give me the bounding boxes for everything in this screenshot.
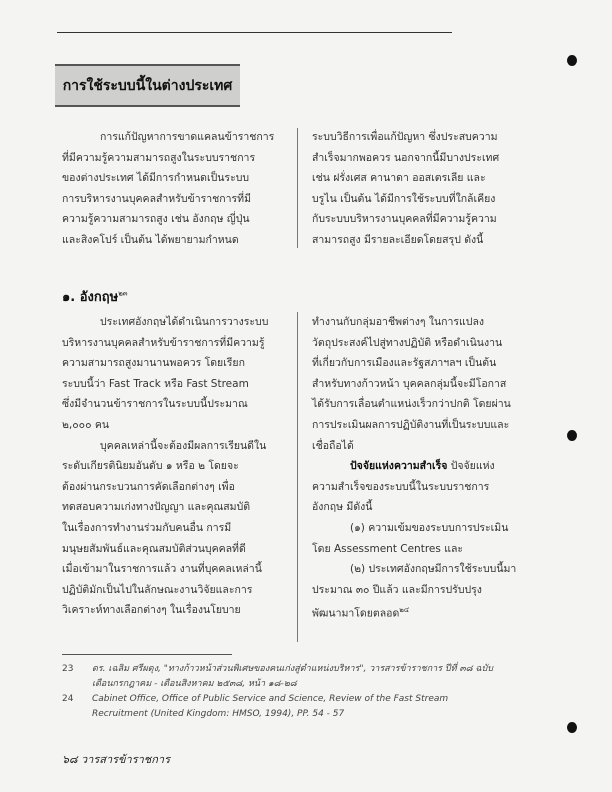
- text-line: ความสามารถสูงมานานพอควร โดยเรียก: [62, 353, 294, 374]
- text-line: การบริหารงานบุคคลสำหรับข้าราชการที่มี: [62, 189, 292, 210]
- text-line: ได้รับการเลื่อนตำแหน่งเร็วกว่าปกติ โดยผ่…: [312, 394, 572, 415]
- text-line: วิเคราะห์ทางเลือกต่างๆ ในเรื่องนโยบาย: [62, 600, 294, 621]
- text-line-with-footnote: พัฒนามาโดยตลอด๒๔: [312, 600, 572, 624]
- footnote-rule: [62, 654, 232, 655]
- text-line: ทำงานกับกลุ่มอาชีพต่างๆ ในการแปลง: [312, 312, 572, 333]
- footnotes: 23 ดร. เฉลิม ศรีผดุง, "ทางก้าวหน้าส่วนพิ…: [62, 662, 572, 722]
- section-left-column: ประเทศอังกฤษได้ดำเนินการวางระบบ บริหารงา…: [62, 312, 294, 621]
- text-line: ประมาณ ๓๐ ปีแล้ว และมีการปรับปรุง: [312, 580, 572, 601]
- text-line: ซึ่งมีจำนวนข้าราชการในระบบนี้ประมาณ: [62, 394, 294, 415]
- text-line: มนุษยสัมพันธ์และคุณสมบัติส่วนบุคคลที่ดี: [62, 539, 294, 560]
- footnote-ref: ๒๓: [118, 290, 127, 298]
- text-line: อังกฤษ มีดังนี้: [312, 497, 572, 518]
- page-footer: ๖๘ วารสารข้าราชการ: [62, 750, 170, 768]
- text-line: บริหารงานบุคคลสำหรับข้าราชการที่มีความรู…: [62, 333, 294, 354]
- text-line: ระบบนี้ว่า Fast Track หรือ Fast Stream: [62, 374, 294, 395]
- text-line: ความสำเร็จของระบบนี้ในระบบราชการ: [312, 477, 572, 498]
- text-line: สำหรับทางก้าวหน้า บุคคลกลุ่มนี้จะมีโอกาส: [312, 374, 572, 395]
- footnote-line: Recruitment (United Kingdom: HMSO, 1994)…: [92, 707, 448, 722]
- intro-right-column: ระบบวิธีการเพื่อแก้ปัญหา ซึ่งประสบความ ส…: [312, 127, 572, 251]
- footnote-line: Cabinet Office, Office of Public Service…: [92, 692, 448, 707]
- footnote-ref: ๒๔: [399, 606, 409, 614]
- text-line: และสิงคโปร์ เป็นต้น ได้พยายามกำหนด: [62, 230, 292, 251]
- section-right-column: ทำงานกับกลุ่มอาชีพต่างๆ ในการแปลง วัตถุป…: [312, 312, 572, 624]
- footnote-number: 24: [62, 692, 92, 722]
- text-line: ต้องผ่านกระบวนการคัดเลือกต่างๆ เพื่อ: [62, 477, 294, 498]
- text-fragment: ปัจจัยแห่ง: [447, 460, 494, 472]
- footnote-number: 23: [62, 662, 92, 692]
- binding-hole-icon: [567, 430, 577, 441]
- text-line: กับระบบบริหารงานบุคคลที่มีความรู้ความ: [312, 209, 572, 230]
- section-title-box: การใช้ระบบนี้ในต่างประเทศ: [55, 64, 240, 107]
- top-rule: [57, 32, 452, 33]
- text-line: ของต่างประเทศ ได้มีการกำหนดเป็นระบบ: [62, 168, 292, 189]
- intro-left-column: การแก้ปัญหาการขาดแคลนข้าราชการ ที่มีความ…: [62, 127, 292, 251]
- success-factors-line: ปัจจัยแห่งความสำเร็จ ปัจจัยแห่ง: [312, 456, 572, 477]
- text-line: ที่เกี่ยวกับการเมืองและรัฐสภาฯลฯ เป็นต้น: [312, 353, 572, 374]
- column-divider: [297, 128, 298, 248]
- text-line: วัตถุประสงค์ไปสู่ทางปฏิบัติ หรือดำเนินงา…: [312, 333, 572, 354]
- text-line: ทดสอบความเก่งทางปัญญา และคุณสมบัติ: [62, 497, 294, 518]
- page-title: การใช้ระบบนี้ในต่างประเทศ: [63, 75, 233, 97]
- text-line: ปฏิบัติมักเป็นไปในลักษณะงานวิจัยและการ: [62, 580, 294, 601]
- footnote-24: 24 Cabinet Office, Office of Public Serv…: [62, 692, 572, 722]
- column-divider: [297, 312, 298, 642]
- footnote-23: 23 ดร. เฉลิม ศรีผดุง, "ทางก้าวหน้าส่วนพิ…: [62, 662, 572, 692]
- text-line: การประเมินผลการปฏิบัติงานที่เป็นระบบและ: [312, 415, 572, 436]
- text-line: สามารถสูง มีรายละเอียดโดยสรุป ดังนี้: [312, 230, 572, 251]
- text-line: (๒) ประเทศอังกฤษมีการใช้ระบบนี้มา: [312, 559, 572, 580]
- footnote-line: เดือนกรกฎาคม - เดือนสิงหาคม ๒๕๓๘, หน้า ๑…: [92, 677, 493, 692]
- text-line: ในเรื่องการทำงานร่วมกับคนอื่น การมี: [62, 518, 294, 539]
- text-line: ความรู้ความสามารถสูง เช่น อังกฤษ ญี่ปุ่น: [62, 209, 292, 230]
- text-line: การแก้ปัญหาการขาดแคลนข้าราชการ: [62, 127, 292, 148]
- binding-hole-icon: [567, 55, 577, 66]
- text-fragment: พัฒนามาโดยตลอด: [312, 608, 399, 620]
- text-line: ๒,๐๐๐ คน: [62, 415, 294, 436]
- text-line: เช่น ฝรั่งเศส คานาดา ออสเตรเลีย และ: [312, 168, 572, 189]
- footnote-line: ดร. เฉลิม ศรีผดุง, "ทางก้าวหน้าส่วนพิเศษ…: [92, 662, 493, 677]
- text-line: ระบบวิธีการเพื่อแก้ปัญหา ซึ่งประสบความ: [312, 127, 572, 148]
- text-line: บรูไน เป็นต้น ได้มีการใช้ระบบที่ใกล้เคีย…: [312, 189, 572, 210]
- text-line: ระดับเกียรตินิยมอันดับ ๑ หรือ ๒ โดยจะ: [62, 456, 294, 477]
- section-heading: ๑. อังกฤษ๒๓: [62, 286, 128, 307]
- text-line: เมื่อเข้ามาในราชการแล้ว งานที่บุคคลเหล่า…: [62, 559, 294, 580]
- text-line: บุคคลเหล่านี้จะต้องมีผลการเรียนดีใน: [62, 436, 294, 457]
- text-line: ประเทศอังกฤษได้ดำเนินการวางระบบ: [62, 312, 294, 333]
- success-factors-heading: ปัจจัยแห่งความสำเร็จ: [350, 460, 447, 472]
- text-line: เชื่อถือได้: [312, 436, 572, 457]
- binding-hole-icon: [567, 722, 577, 733]
- text-line: โดย Assessment Centres และ: [312, 539, 572, 560]
- text-line: ที่มีความรู้ความสามารถสูงในระบบราชการ: [62, 148, 292, 169]
- text-line: (๑) ความเข้มของระบบการประเมิน: [312, 518, 572, 539]
- text-line: สำเร็จมากพอควร นอกจากนี้มีบางประเทศ: [312, 148, 572, 169]
- section-heading-text: ๑. อังกฤษ: [62, 290, 118, 305]
